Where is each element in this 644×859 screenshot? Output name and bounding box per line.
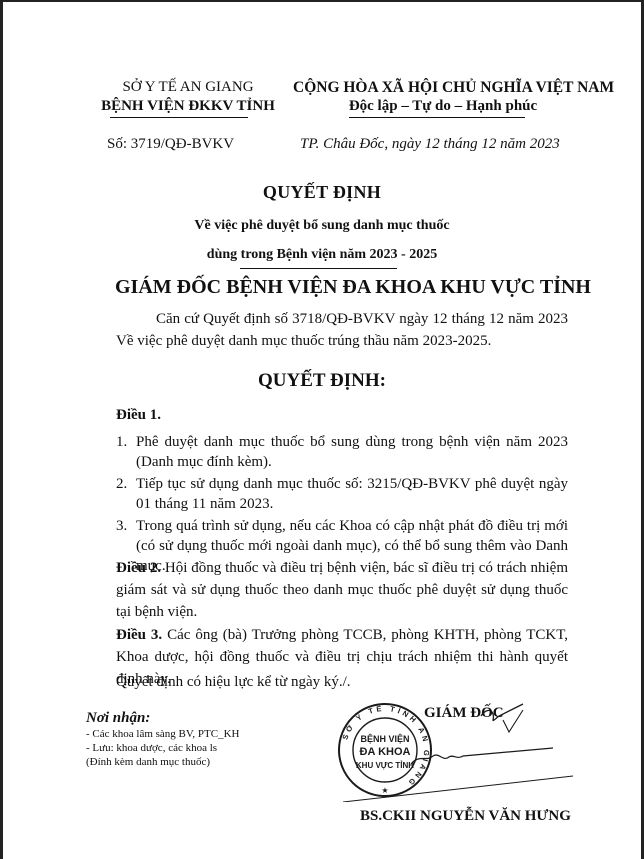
official-seal-icon: SỞ Y TẾ TỈNH AN GIANG BỆNH VIỆN ĐA KHOA …	[337, 702, 433, 798]
hospital-name: BỆNH VIỆN ĐKKV TỈNH	[93, 98, 283, 115]
recipient-item: (Đính kèm danh mục thuốc)	[86, 756, 210, 768]
recipients-title: Nơi nhận:	[86, 710, 150, 727]
article-3-label: Điều 3.	[116, 627, 162, 643]
document-subject-line2: dùng trong Bệnh viện năm 2023 - 2025	[3, 247, 641, 263]
issuing-authority: GIÁM ĐỐC BỆNH VIỆN ĐA KHOA KHU VỰC TỈNH	[115, 276, 591, 299]
republic-name: CỘNG HÒA XÃ HỘI CHỦ NGHĨA VIỆT NAM	[293, 79, 593, 97]
document-title: QUYẾT ĐỊNH	[3, 182, 641, 203]
document-number: Số: 3719/QĐ-BVKV	[107, 136, 234, 153]
signer-name: BS.CKII NGUYỄN VĂN HƯNG	[360, 808, 571, 825]
decision-heading: QUYẾT ĐỊNH:	[3, 370, 641, 392]
agency-name: SỞ Y TẾ AN GIANG	[93, 79, 283, 96]
list-number: 2.	[116, 474, 136, 514]
document-page: SỞ Y TẾ AN GIANG BỆNH VIỆN ĐKKV TỈNH CỘN…	[3, 2, 641, 859]
recipient-item: - Các khoa lâm sàng BV, PTC_KH	[86, 728, 239, 740]
document-subject-line1: Về việc phê duyệt bổ sung danh mục thuốc	[3, 218, 641, 234]
preamble-paragraph: Căn cứ Quyết định số 3718/QĐ-BVKV ngày 1…	[116, 308, 568, 352]
hospital-underline	[110, 117, 248, 118]
effective-clause: Quyết định có hiệu lực kể từ ngày ký./.	[116, 674, 351, 691]
seal-line3: KHU VỰC TỈNH	[356, 761, 414, 770]
article-2-label: Điều 2.	[116, 560, 161, 576]
seal-star-icon: ★	[381, 786, 388, 795]
article-2-paragraph: Điều 2. Hội đồng thuốc và điều trị bệnh …	[116, 557, 568, 623]
motto-underline	[349, 117, 525, 118]
list-text: Phê duyệt danh mục thuốc bổ sung dùng tr…	[136, 432, 568, 472]
list-text: Tiếp tục sử dụng danh mục thuốc số: 3215…	[136, 474, 568, 514]
recipient-item: - Lưu: khoa dược, các khoa ls	[86, 742, 217, 754]
article-2-text: Hội đồng thuốc và điều trị bệnh viện, bá…	[116, 560, 568, 620]
list-item: 2. Tiếp tục sử dụng danh mục thuốc số: 3…	[116, 474, 568, 514]
list-number: 1.	[116, 432, 136, 472]
national-motto: Độc lập – Tự do – Hạnh phúc	[293, 98, 593, 115]
seal-line2: ĐA KHOA	[360, 746, 411, 758]
subject-underline	[240, 268, 397, 269]
place-date: TP. Châu Đốc, ngày 12 tháng 12 năm 2023	[300, 136, 560, 153]
article-1-label: Điều 1.	[116, 407, 161, 424]
seal-line1: BỆNH VIỆN	[360, 733, 409, 744]
list-item: 1. Phê duyệt danh mục thuốc bổ sung dùng…	[116, 432, 568, 472]
